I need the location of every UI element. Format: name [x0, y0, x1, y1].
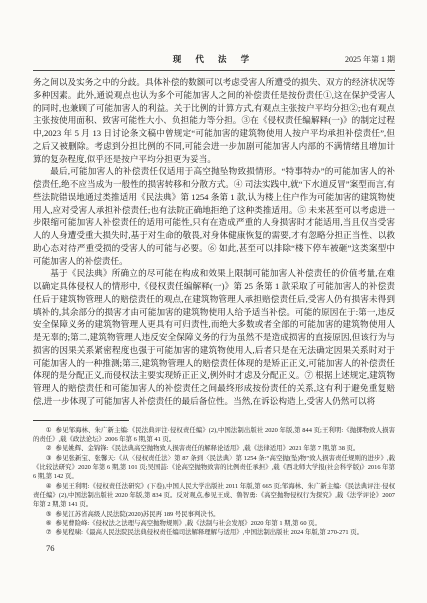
- footnote-marker: ①: [46, 427, 52, 434]
- footnote-item-6: ⑥参见曹险峰:《侵权法之法理与高空抛物规则》,载《法制与社会发展》2020 年第…: [33, 519, 395, 528]
- issue-label: 2025 年第 1 期: [345, 54, 395, 65]
- article-body: 务之间以及实务之中的分歧。具体补偿的数额可以考虑受害人所遭受的损失、双方的经济状…: [33, 76, 395, 408]
- footnote-text: 参见王利明:《侵权责任法研究》(下卷),中国人民大学出版社 2011 年版,第 …: [33, 483, 395, 509]
- footnote-item-1: ①参见邹海林、朱广新主编:《民法典评注·侵权责任编》(2),中国法制出版社 20…: [33, 426, 395, 445]
- page-header: 现 代 法 学 2025 年第 1 期: [33, 53, 395, 66]
- footnote-text: 参见江苏省高级人民法院(2020)苏民再 189 号民事判决书。: [56, 511, 220, 518]
- footnote-marker: ②: [46, 445, 52, 452]
- journal-page: 现 代 法 学 2025 年第 1 期 务之间以及实务之中的分歧。具体补偿的数额…: [0, 0, 427, 603]
- footnote-text: 参见曹险峰:《侵权法之法理与高空抛物规则》,载《法制与社会发展》2020 年第 …: [56, 520, 321, 527]
- header-rule: [33, 70, 395, 71]
- footnote-marker: ⑦: [46, 529, 52, 536]
- footnote-item-4: ④参见王利明:《侵权责任法研究》(下卷),中国人民大学出版社 2011 年版,第…: [33, 482, 395, 510]
- footnote-text: 参见程啸:《最高人民法院民法典侵权责任编司法解释理解与适用》,中国法制出版社 2…: [56, 529, 363, 536]
- footnote-marker: ③: [46, 455, 52, 462]
- footnote-marker: ⑤: [46, 511, 52, 518]
- footnote-marker: ④: [46, 483, 52, 490]
- journal-title: 现 代 法 学: [173, 53, 255, 65]
- footnote-item-3: ③参见张新宝、张馨天:《从〈侵权责任法〉第 87 条到〈民法典〉第 1254 条…: [33, 454, 395, 482]
- body-paragraph-1: 务之间以及实务之中的分歧。具体补偿的数额可以考虑受害人所遭受的损失、双方的经济状…: [33, 76, 395, 165]
- footnote-text: 参见姚辉、金锦锋:《民法典高空抛物致人损害责任的解释论适用》,载《法律适用》20…: [56, 445, 360, 452]
- footnote-marker: ⑥: [46, 520, 52, 527]
- footnote-item-2: ②参见姚辉、金锦锋:《民法典高空抛物致人损害责任的解释论适用》,载《法律适用》2…: [33, 444, 395, 453]
- body-paragraph-3: 基于《民法典》所确立的尽可能在构成和效果上限制可能加害人补偿责任的价值考量,在难…: [33, 267, 395, 407]
- footnotes-block: ①参见邹海林、朱广新主编:《民法典评注·侵权责任编》(2),中国法制出版社 20…: [33, 426, 395, 538]
- body-paragraph-2: 最后,可能加害人的补偿责任仅适用于高空抛坠物致损情形。“特事特办”的可能加害人的…: [33, 165, 395, 267]
- footnote-text: 参见邹海林、朱广新主编:《民法典评注·侵权责任编》(2),中国法制出版社 202…: [33, 427, 395, 443]
- footnote-separator: [33, 420, 129, 421]
- page-number: 76: [46, 543, 395, 553]
- footnote-text: 参见张新宝、张馨天:《从〈侵权责任法〉第 87 条到〈民法典〉第 1254 条:…: [33, 455, 395, 481]
- footnote-item-7: ⑦参见程啸:《最高人民法院民法典侵权责任编司法解释理解与适用》,中国法制出版社 …: [33, 528, 395, 537]
- footnote-item-5: ⑤参见江苏省高级人民法院(2020)苏民再 189 号民事判决书。: [33, 510, 395, 519]
